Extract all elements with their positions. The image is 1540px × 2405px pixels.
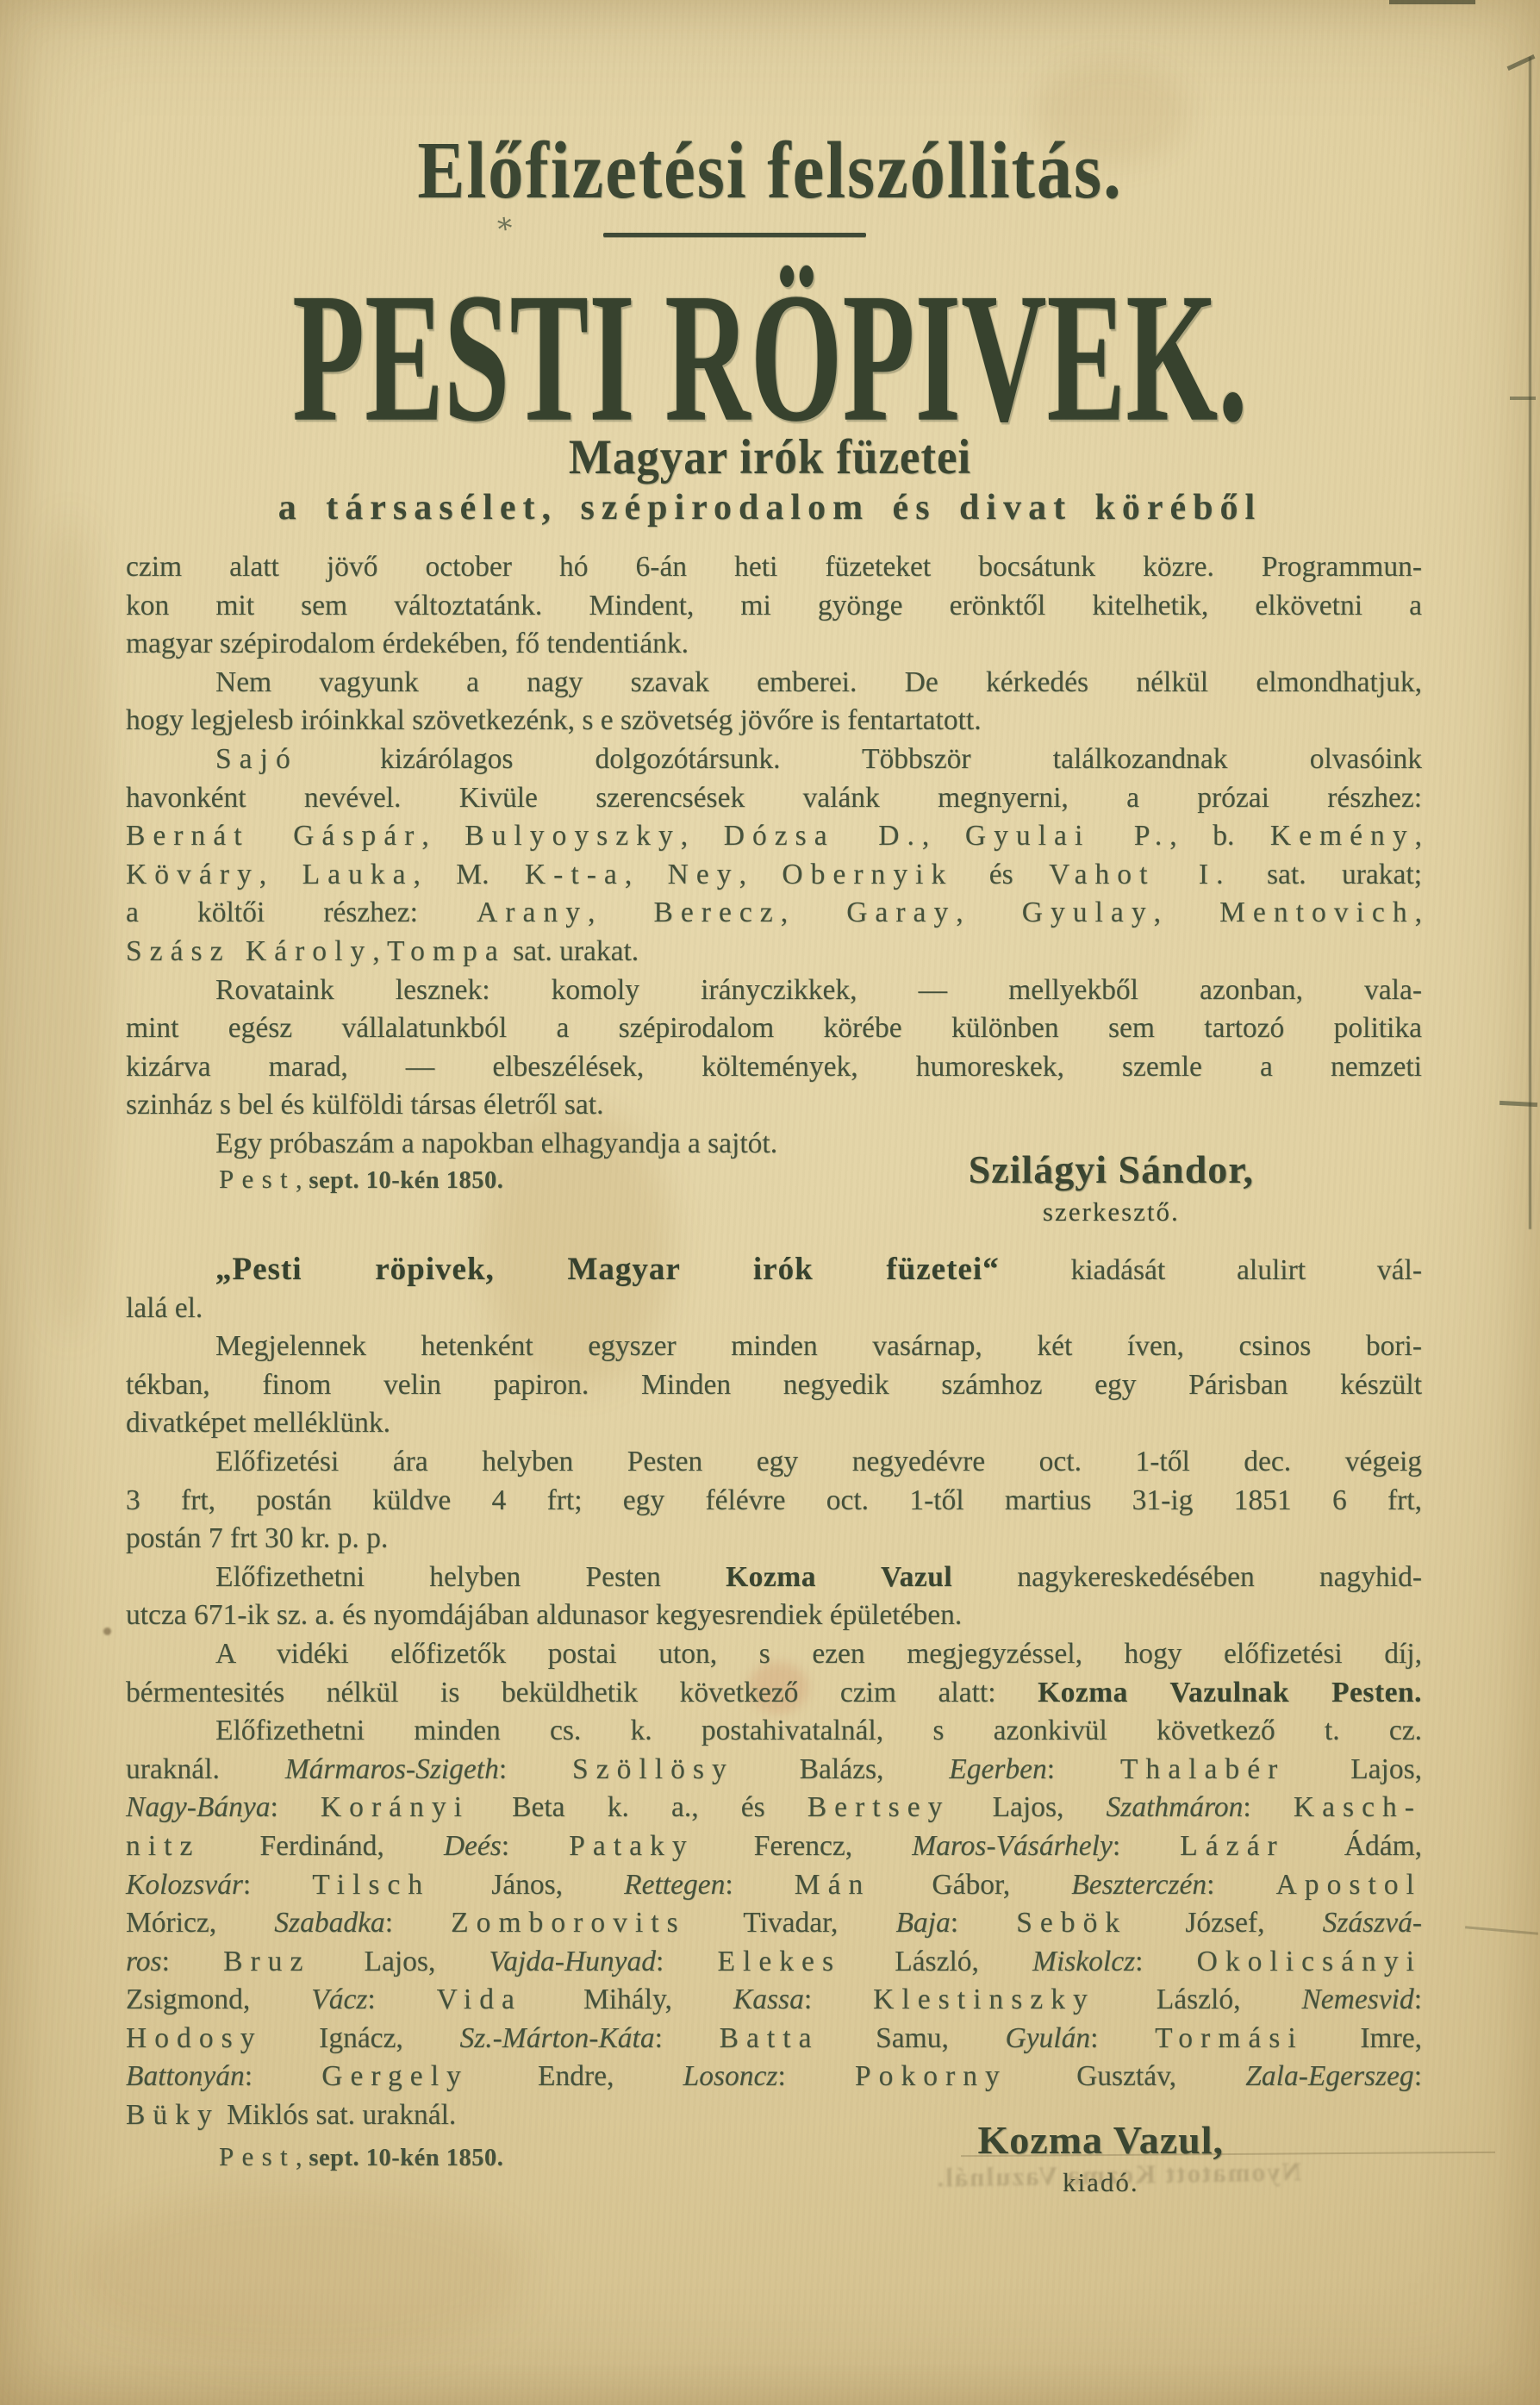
text-segment: Lajos, [310,1946,489,1977]
text-segment: havonként nevével. Kivüle szerencsések v… [126,782,1422,814]
body-line: Szász Károly, Tompa sat. urakat. [126,933,1422,971]
body-line: mint egész vállalatunkból a szépirodalom… [126,1009,1422,1048]
text-segment: Gyulán [1006,2022,1091,2054]
scan-edge-sliver [1389,0,1475,4]
text-segment: Bertsey [807,1791,951,1823]
body-block-1: czim alatt jövő october hó 6-án heti füz… [126,548,1422,1164]
body-line: hogy legjelesb iróinkkal szövetkezénk, s… [126,702,1422,740]
text-segment: , [739,859,782,890]
text-segment: Balázs, [734,1753,949,1785]
text-segment: Ferencz, [695,1830,913,1862]
text-segment: : [1090,2022,1155,2054]
body-line: postán 7 frt 30 kr. p. p. [126,1520,1422,1559]
text-segment: , [1415,896,1422,928]
text-segment: Mán [795,1869,871,1901]
text-segment: : [270,1791,320,1823]
text-segment: Berecz [653,896,780,928]
text-segment: Beta k. a., és [470,1791,807,1823]
text-segment: utcza 671-ik sz. a. és nyomdájában aldun… [126,1599,962,1631]
body-line: divatképet melléklünk. [126,1404,1422,1443]
text-segment: Zsigmond, [126,1983,311,2015]
text-segment: Pataky [569,1830,694,1862]
text-segment: : [367,1983,436,2015]
text-segment: László, [841,1946,1032,1977]
editor-name: Szilágyi Sándor, [969,1148,1254,1191]
text-segment: Arany [477,896,588,928]
body-line: Battonyán: Gergely Endre, Losoncz: Pokor… [126,2058,1422,2096]
text-segment: Tilsch [312,1869,430,1901]
body-line: Hodosy Ignácz, Sz.-Márton-Káta: Batta Sa… [126,2020,1422,2058]
text-segment: Korányi [321,1791,470,1823]
text-segment: „Pesti röpivek, Magyar irók füzetei“ [215,1252,1000,1287]
body-line: Kolozsvár: Tilsch János, Rettegen: Mán G… [126,1866,1422,1905]
text-segment: Vida [437,1983,522,2015]
text-segment: Zomborovits [451,1907,686,1939]
text-segment: Battonyán [126,2060,245,2092]
text-segment: : [725,1869,794,1901]
text-segment: Tormási [1155,2022,1304,2054]
dateline-pest-editor: Pest, sept. 10-kén 1850. [219,1164,503,1195]
body-line: czim alatt jövő october hó 6-án heti füz… [126,548,1422,587]
text-segment: , [625,859,668,890]
text-segment: Dózsa D. [724,820,922,852]
text-segment: : [502,1830,569,1862]
editor-signature: Szilágyi Sándor, szerkesztő. [969,1148,1254,1227]
text-segment: Elekes [717,1946,841,1977]
text-segment: : [1047,1753,1120,1785]
body-line: tékban, finom velin papiron. Minden negy… [126,1366,1422,1405]
text-segment: , M. [414,859,525,890]
body-line: lalá el. [126,1290,1422,1328]
text-segment: Tivadar, [686,1907,896,1939]
text-segment: bérmentesités nélkül is beküldhetik köve… [126,1677,1038,1708]
text-segment: Miskolcz [1032,1946,1135,1977]
text-segment: a költői részhez: [126,896,477,928]
text-segment: Garay [846,896,956,928]
text-segment: : [162,1946,223,1977]
text-segment: Előfizethetni helyben Pesten [215,1561,726,1593]
text-segment: Ney [668,859,739,890]
text-segment: : [1135,1946,1196,1977]
text-segment: , [259,859,302,890]
text-segment: Szabadka [274,1907,384,1939]
text-segment: : [804,1983,873,2015]
text-segment: nagykereskedésében nagyhid- [952,1561,1422,1593]
text-segment: kizárva marad, — elbeszélések, költemény… [126,1051,1422,1083]
text-segment: divatképet melléklünk. [126,1407,390,1439]
text-segment: Obernyik [782,859,953,890]
text-segment: Zala-Egerszeg [1245,2060,1413,2092]
text-segment: nitz [126,1830,200,1862]
text-segment: mint egész vállalatunkból a szépirodalom… [126,1012,1422,1044]
body-line: nitz Ferdinánd, Deés: Pataky Ferencz, Ma… [126,1827,1422,1866]
text-segment: Nagy-Bánya [126,1791,270,1823]
text-segment: Pokorny [855,2060,1007,2092]
text-segment: , [1415,820,1422,852]
text-segment: és [953,859,1049,890]
text-segment: Nemesvid [1301,1983,1413,2015]
text-segment: Vahot I. [1049,859,1231,890]
text-segment: hogy legjelesb iróinkkal szövetkezénk, s… [126,704,982,736]
text-segment: Ferdinánd, [200,1830,443,1862]
text-segment: : [1243,1791,1293,1823]
text-segment: Bruz [223,1946,310,1977]
text-segment: Szászvá- [1323,1907,1422,1939]
text-segment: Endre, [469,2060,683,2092]
text-segment: Kemény [1270,820,1415,852]
text-segment: : [1414,1983,1422,2015]
text-segment: Sz.-Márton-Káta [459,2022,654,2054]
text-segment: Tompa [387,935,506,967]
text-segment: ros [126,1946,162,1977]
text-segment: : [499,1753,572,1785]
paper-stain [26,517,112,1336]
text-segment: Samu, [819,2022,1005,2054]
body-line: kon mit sem változtatánk. Mindent, mi gy… [126,587,1422,626]
paper-stain [103,1627,111,1635]
kicker-title: Előfizetési felszóllitás. [31,122,1510,217]
text-segment: : [951,1907,1016,1939]
text-segment: Gábor, [870,1869,1071,1901]
text-segment: Maros-Vásárhely [912,1830,1113,1862]
text-segment: uraknál. [126,1753,285,1785]
text-segment: Kolozsvár [126,1869,243,1901]
body-line: Zsigmond, Vácz: Vida Mihály, Kassa: Kles… [126,1981,1422,2020]
body-line: magyar szépirodalom érdekében, fő tenden… [126,625,1422,664]
text-segment: Losoncz [683,2060,778,2092]
body-line: kizárva marad, — elbeszélések, költemény… [126,1048,1422,1087]
text-segment: czim alatt jövő october hó 6-án heti füz… [126,551,1422,583]
text-segment: Baja [895,1907,950,1939]
text-segment: Mármaros-Szigeth [285,1753,499,1785]
text-segment: Lajos, [950,1791,1106,1823]
text-segment: : [385,1907,451,1939]
text-segment: 3 frt, postán küldve 4 frt; egy félévre … [126,1484,1422,1516]
body-line: „Pesti röpivek, Magyar irók füzetei“ kia… [126,1251,1422,1290]
text-segment: József, [1127,1907,1322,1939]
text-segment: : [243,1869,312,1901]
binding-mark-icon [1507,54,1536,71]
text-segment: , [296,1164,309,1194]
text-segment: Imre, [1304,2022,1422,2054]
body-line: Előfizethetni minden cs. k. postahivatal… [126,1712,1422,1751]
text-segment: magyar szépirodalom érdekében, fő tenden… [126,628,689,659]
text-segment: : [777,2060,855,2092]
body-line: Előfizetési ára helyben Pesten egy negye… [126,1443,1422,1482]
body-block-2: „Pesti röpivek, Magyar irók füzetei“ kia… [126,1251,1422,2135]
text-segment: Gusztáv, [1007,2060,1245,2092]
body-line: Sajó kizárólagos dolgozótársunk. Többszö… [126,740,1422,779]
body-line: uraknál. Mármaros-Szigeth: Szöllösy Balá… [126,1751,1422,1790]
text-segment: Gyulay [1022,896,1154,928]
text-segment: , [781,896,846,928]
binding-mark-icon [1465,1926,1538,1934]
text-segment: kiadását alulirt vál- [1000,1254,1422,1286]
text-segment: , [922,820,965,852]
tagline: a társasélet, szépirodalom és divat köré… [0,487,1540,528]
text-segment: Okolicsányi [1197,1946,1422,1977]
text-segment: Lajos, [1285,1753,1422,1785]
body-line: Nagy-Bánya: Korányi Beta k. a., és Berts… [126,1789,1422,1827]
text-segment: , b. [1169,820,1270,852]
text-segment: Ádám, [1285,1830,1422,1862]
binding-mark-icon [1510,397,1536,400]
text-segment: Kozma Vazul [726,1561,952,1593]
text-segment: sept. 10-kén 1850. [309,2145,503,2171]
text-segment: Vajda-Hunyad [489,1946,656,1977]
text-segment: Kozma Vazulnak Pesten. [1038,1677,1422,1708]
body-line: 3 frt, postán küldve 4 frt; egy félévre … [126,1482,1422,1521]
body-line: utcza 671-ik sz. a. és nyomdájában aldun… [126,1596,1422,1635]
text-segment: , [372,935,387,967]
text-segment: Batta [720,2022,820,2054]
text-segment: Pest [219,2141,296,2171]
text-segment: sept. 10-kén 1850. [309,1167,503,1194]
text-segment: , [1154,896,1219,928]
text-segment: K-t-a [525,859,625,890]
text-segment: sat. urakat; [1231,859,1422,890]
publisher-name: Kozma Vazul, [978,2119,1224,2162]
body-line: szinház s bel és külföldi társas életről… [126,1086,1422,1125]
body-line: Bernát Gáspár, Bulyoyszky, Dózsa D., Gyu… [126,817,1422,856]
text-segment: Bulyoyszky [464,820,681,852]
text-segment: Lauka [302,859,414,890]
body-line: a költői részhez: Arany, Berecz, Garay, … [126,894,1422,933]
text-segment: Apostol [1276,1869,1422,1901]
text-segment: Mentovich [1219,896,1415,928]
text-segment: Rovataink lesznek: komoly irányczikkek, … [215,974,1422,1006]
publisher-role: kiadó. [978,2167,1224,2198]
text-segment: : [655,2022,720,2054]
page-edge-line [1529,57,1531,1229]
body-line: havonként nevével. Kivüle szerencsések v… [126,779,1422,818]
binding-mark-icon [1499,1101,1537,1107]
text-segment: Kasch- [1294,1791,1422,1823]
text-segment: Ignácz, [263,2022,460,2054]
text-segment: kon mit sem változtatánk. Mindent, mi gy… [126,590,1422,622]
text-segment: Sebök [1016,1907,1127,1939]
text-segment: , [956,896,1021,928]
text-segment: Rettegen [624,1869,725,1901]
text-segment: , [681,820,724,852]
body-line: Megjelennek hetenként egyszer minden vas… [126,1327,1422,1366]
body-line: bérmentesités nélkül is beküldhetik köve… [126,1674,1422,1713]
text-segment: Szathmáron [1107,1791,1244,1823]
text-segment: Előfizetési ára helyben Pesten egy negye… [215,1446,1422,1477]
text-segment: : [245,2060,322,2092]
dateline-pest-publisher: Pest, sept. 10-kén 1850. [219,2141,503,2172]
body-line: A vidéki előfizetők postai uton, s ezen … [126,1635,1422,1674]
divider-rule [603,233,866,237]
publisher-signature-row: Pest, sept. 10-kén 1850. Kozma Vazul, ki… [126,2119,1422,2222]
text-segment: : [1113,1830,1180,1862]
text-segment: , [296,2141,309,2171]
main-title: PESTI RÖPIVEK. [154,265,1387,451]
body-line: Nem vagyunk a nagy szavak emberei. De ké… [126,664,1422,703]
text-segment: Móricz, [126,1907,274,1939]
text-segment: Vácz [311,1983,367,2015]
text-segment: Nem vagyunk a nagy szavak emberei. De ké… [215,666,1422,698]
text-segment: , [588,896,653,928]
text-segment: : [1414,2060,1422,2092]
body-line: Előfizethetni helyben Pesten Kozma Vazul… [126,1559,1422,1597]
subtitle: Magyar irók füzetei [54,429,1487,485]
text-segment: Előfizethetni minden cs. k. postahivatal… [215,1715,1422,1746]
text-segment: Sajó [215,743,298,775]
text-segment: kizárólagos dolgozótársunk. Többször tal… [298,743,1422,775]
body-line: ros: Bruz Lajos, Vajda-Hunyad: Elekes Lá… [126,1943,1422,1982]
text-segment: , [421,820,464,852]
text-segment: Mihály, [522,1983,733,2015]
text-segment: Bernát Gáspár [126,820,421,852]
text-segment: Lázár [1180,1830,1284,1862]
body-line: Köváry, Lauka, M. K-t-a, Ney, Obernyik é… [126,856,1422,895]
text-segment: Köváry [126,859,259,890]
text-segment: László, [1095,1983,1302,2015]
text-segment: lalá el. [126,1292,203,1324]
text-segment: Megjelennek hetenként egyszer minden vas… [215,1330,1422,1362]
text-segment: Pest [219,1164,296,1194]
broadsheet-page: Előfizetési felszóllitás. * PESTI RÖPIVE… [0,0,1540,2405]
text-segment: Szöllösy [572,1753,734,1785]
text-segment: postán 7 frt 30 kr. p. p. [126,1522,388,1554]
text-segment: Klestinszky [873,1983,1095,2015]
text-segment: Gyulai P. [965,820,1169,852]
editor-role: szerkesztő. [969,1196,1254,1227]
body-line: Móricz, Szabadka: Zomborovits Tivadar, B… [126,1904,1422,1943]
text-segment: Deés [444,1830,502,1862]
body-line: Rovataink lesznek: komoly irányczikkek, … [126,971,1422,1010]
text-segment: János, [430,1869,624,1901]
text-segment: Kassa [733,1983,804,2015]
text-segment: Egerben [949,1753,1047,1785]
text-segment: : [1206,1869,1275,1901]
text-segment: szinház s bel és külföldi társas életről… [126,1089,603,1121]
editor-signature-row: Pest, sept. 10-kén 1850. Szilágyi Sándor… [126,1148,1422,1252]
text-segment: Szász Károly [126,935,372,967]
text-segment: A vidéki előfizetők postai uton, s ezen … [215,1638,1422,1670]
text-segment: Thalabér [1120,1753,1285,1785]
text-segment: tékban, finom velin papiron. Minden negy… [126,1369,1422,1401]
text-segment: : [656,1946,717,1977]
text-segment: Gergely [321,2060,469,2092]
text-segment: sat. urakat. [506,935,639,967]
text-segment: Hodosy [126,2022,263,2054]
text-segment: Beszterczén [1071,1869,1206,1901]
publisher-signature: Kozma Vazul, kiadó. [978,2119,1224,2198]
